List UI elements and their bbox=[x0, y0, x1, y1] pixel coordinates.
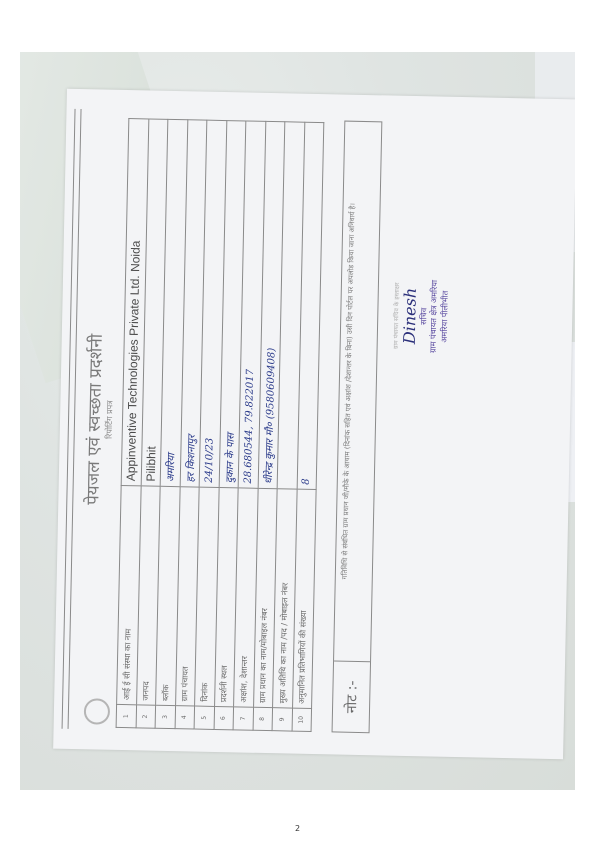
official-stamp: सचिव ग्राम पंचायत क्षेत्र अमरिया अमरिया … bbox=[417, 226, 452, 407]
note-label: नोट :- bbox=[333, 660, 370, 732]
row-number: 10 bbox=[292, 708, 312, 731]
row-number: 8 bbox=[253, 707, 273, 730]
note-text: गतिविधि से संबंधित ग्राम प्रधान जी/मौके … bbox=[334, 122, 381, 662]
signature-block: ग्राम पंचायत सचिव के हस्ताक्षर Dinesh सच… bbox=[390, 226, 452, 407]
row-number: 7 bbox=[233, 707, 253, 730]
row-number: 3 bbox=[155, 705, 175, 728]
form-table: 1आई ई सी संस्था का नामAppinventive Techn… bbox=[116, 118, 325, 732]
rotated-form-content: पेयजल एवं स्वच्छता प्रदर्शनी रिपोर्टिंग … bbox=[53, 89, 575, 760]
row-number: 5 bbox=[194, 706, 214, 729]
row-number: 1 bbox=[116, 704, 136, 727]
row-number: 6 bbox=[214, 706, 234, 729]
note-box: नोट :- गतिविधि से संबंधित ग्राम प्रधान ज… bbox=[332, 121, 383, 734]
row-number: 4 bbox=[175, 706, 195, 729]
page-number: 2 bbox=[0, 824, 595, 833]
row-number: 2 bbox=[136, 705, 156, 728]
document-photo: ग्राम पंचायत अमरिया पेयजल एवं स्वच्छता प… bbox=[20, 52, 575, 790]
reporting-form-sheet: पेयजल एवं स्वच्छता प्रदर्शनी रिपोर्टिंग … bbox=[53, 89, 575, 760]
row-number: 9 bbox=[272, 708, 292, 731]
row-label: अनुमानित प्रतिभागियों की संख्या bbox=[292, 489, 316, 708]
